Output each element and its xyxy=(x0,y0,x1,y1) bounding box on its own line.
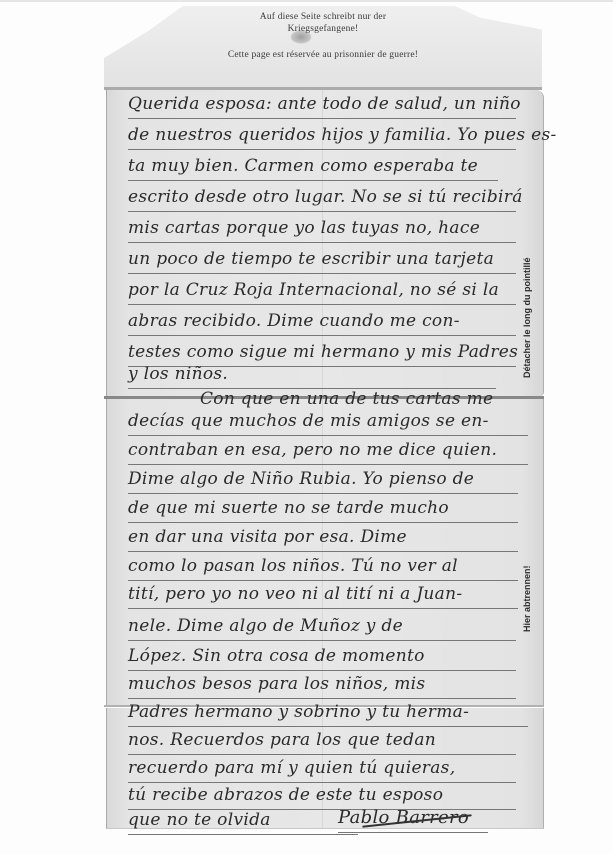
letter-line: Padres hermano y sobrino y tu herma- xyxy=(128,698,528,727)
letter-line: un poco de tiempo te escribir una tarjet… xyxy=(128,245,516,274)
letter-line: recuerdo para mí y quien tú quieras, xyxy=(128,754,516,783)
letter-line: mis cartas porque yo las tuyas no, hace xyxy=(128,214,516,243)
tear-here-notice: Hier abtrennen! xyxy=(522,565,532,632)
header-german-line-1: Auf diese Seite schreibt nur der xyxy=(104,12,542,22)
detach-notice: Détacher le long du pointillé xyxy=(522,257,532,378)
scan-edge xyxy=(0,0,613,2)
letter-line: que no te olvida xyxy=(128,806,358,835)
letter-line: Dime algo de Niño Rubia. Yo pienso de xyxy=(128,465,518,494)
letter-line: por la Cruz Roja Internacional, no sé si… xyxy=(128,276,516,305)
letter-line: nos. Recuerdos para los que tedan xyxy=(128,726,516,755)
letter-line: Querida esposa: ante todo de salud, un n… xyxy=(128,90,516,119)
letter-line: de nuestros queridos hijos y familia. Yo… xyxy=(128,121,516,150)
letter-line: en dar una visita por esa. Dime xyxy=(128,523,518,552)
letter-line: decías que muchos de mis amigos se en- xyxy=(128,407,528,436)
letter-line: nele. Dime algo de Muñoz y de xyxy=(128,612,516,641)
letter-line: abras recibido. Dime cuando me con- xyxy=(128,307,516,336)
signature: Pablo Barrero xyxy=(338,804,488,833)
letter-line: de que mi suerte no se tarde mucho xyxy=(128,494,518,523)
header-german-line-2: Kriegsgefangene! xyxy=(104,24,542,34)
letter-line: como lo pasan los niños. Tú no ver al xyxy=(128,552,518,581)
letter-line: López. Sin otra cosa de momento xyxy=(128,642,516,671)
letter-line: contraban en esa, pero no me dice quien. xyxy=(128,436,528,465)
header-french-line: Cette page est réservée au prisonnier de… xyxy=(104,50,542,60)
letter-line: tití, pero yo no veo ni al tití ni a Jua… xyxy=(128,580,518,609)
letter-line: escrito desde otro lugar. No se si tú re… xyxy=(128,183,516,212)
letter-line: muchos besos para los niños, mis xyxy=(128,670,516,699)
letter-line: ta muy bien. Carmen como esperaba te xyxy=(128,152,498,181)
